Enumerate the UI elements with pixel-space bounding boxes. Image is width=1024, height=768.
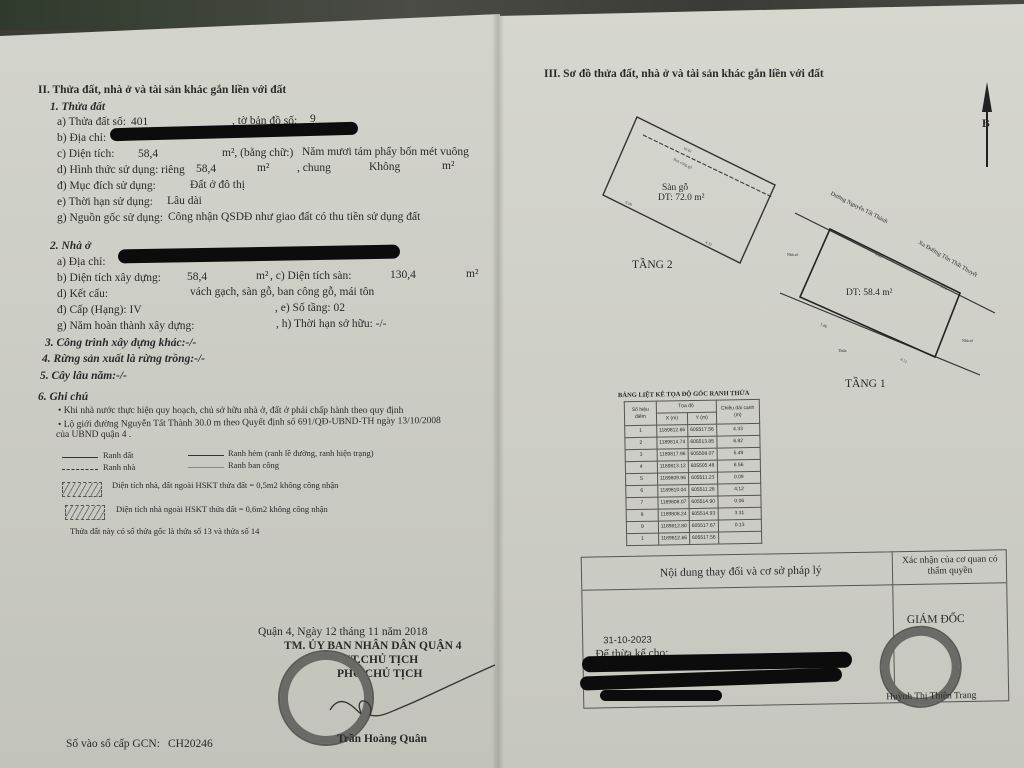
changes-col1-header: Nội dung thay đổi và cơ sở pháp lý	[660, 565, 822, 580]
svg-text:4.12: 4.12	[900, 356, 908, 364]
usage-shared-label: , chung	[297, 162, 331, 174]
build-area-label: b) Diện tích xây dựng:	[57, 272, 161, 284]
coord-x: 1189812.66	[658, 533, 689, 546]
notes-heading: 6. Ghi chú	[38, 391, 88, 403]
house-heading: 2. Nhà ở	[50, 240, 91, 252]
floor-2-room: Sàn gỗ	[662, 183, 688, 193]
coord-x: 1189808.24	[658, 509, 689, 522]
house-boundary-line	[62, 469, 98, 470]
coord-x: 1189812.66	[656, 425, 687, 438]
coord-x: 1189812.80	[658, 521, 689, 534]
coord-y: 605517.56	[688, 424, 717, 436]
svg-text:8.65: 8.65	[875, 251, 883, 259]
coord-x: 1189813.12	[657, 461, 688, 474]
land-area-unit: m², (bằng chữ:)	[222, 147, 293, 159]
coord-y: 605505.48	[688, 460, 717, 472]
table-divider	[582, 582, 1006, 590]
svg-text:Ban công gỗ: Ban công gỗ	[673, 156, 693, 169]
usage-form-label: d) Hình thức sử dụng: riêng	[57, 164, 185, 176]
floor-area-label: , c) Diện tích sàn:	[270, 270, 351, 282]
section-ii-title: II. Thửa đất, nhà ở và tài sản khác gắn …	[38, 84, 286, 96]
registry-value: CH20246	[168, 738, 213, 750]
point-id: 5	[626, 473, 658, 486]
coord-header-point: Số hiệu điểm	[624, 401, 656, 426]
purpose-label: đ) Mục đích sử dụng:	[57, 180, 156, 192]
edge-length: 5.49	[717, 447, 761, 460]
origin-label: g) Nguồn gốc sử dụng:	[57, 212, 163, 224]
usage-private-unit: m²	[257, 162, 269, 174]
changes-col2-header: Xác nhận của cơ quan có thẩm quyền	[898, 554, 1002, 578]
change-date: 31-10-2023	[603, 635, 652, 647]
coord-x: 1189817.96	[657, 449, 688, 462]
point-id: 1	[627, 533, 659, 546]
structure-label: d) Kết cấu:	[57, 288, 108, 300]
other-construction: 3. Công trình xây dựng khác:-/-	[45, 337, 196, 349]
coord-x: 1189808.07	[658, 497, 689, 510]
redacted-heir-id	[600, 690, 722, 701]
coord-header-group: Tọa độ	[656, 400, 716, 413]
floor-1-plan: 8.65 8.16 5.86 4.12	[780, 205, 1010, 375]
neighbor-right: Nhà số	[962, 338, 973, 343]
point-id: 2	[625, 437, 657, 450]
parcel-number-value: 401	[131, 116, 148, 128]
grade-label: đ) Cấp (Hạng): IV	[57, 304, 142, 316]
perennial-trees: 5. Cây lâu năm:-/-	[40, 370, 127, 382]
term-label: e) Thời hạn sử dụng:	[57, 196, 153, 208]
edge-length	[718, 531, 762, 544]
registry-label: Số vào sổ cấp GCN:	[66, 738, 160, 750]
signature-scribble-icon	[330, 660, 500, 730]
house-address-label: a) Địa chỉ:	[57, 256, 106, 268]
hatch-pattern-icon	[65, 505, 105, 520]
coord-y: 605508.07	[688, 448, 717, 460]
balcony-boundary-line	[188, 467, 224, 468]
point-id: 4	[625, 461, 657, 474]
coord-header-x: X (m)	[656, 413, 687, 426]
coord-y: 605511.23	[688, 472, 717, 484]
coord-y: 605513.85	[688, 436, 717, 448]
edge-length: 4.33	[716, 423, 760, 436]
coord-y: 605511.28	[689, 484, 718, 496]
land-address-label: b) Địa chỉ:	[57, 132, 106, 144]
coord-x: 1189814.74	[657, 437, 688, 450]
signer-name: Trần Hoàng Quân	[337, 733, 427, 745]
legend-house-boundary: Ranh nhà	[103, 462, 135, 472]
coord-y: 605517.67	[689, 520, 718, 532]
alley-boundary-line	[188, 455, 224, 456]
land-heading: 1. Thửa đất	[50, 101, 105, 113]
coord-header-y: Y (m)	[687, 412, 716, 424]
legend-hatch-1: Diện tích nhà, đất ngoài HSKT thửa đất =…	[112, 480, 338, 490]
coord-x: 1189810.04	[658, 485, 689, 498]
point-id: 6	[626, 485, 658, 498]
coord-header-length: Chiều dài cạnh (m)	[716, 399, 760, 424]
usage-private-value: 58,4	[196, 163, 216, 175]
point-id: 9	[626, 521, 658, 534]
floor-2-area: DT: 72.0 m²	[658, 193, 704, 203]
legend-hatch-2: Diện tích nhà ngoài HSKT thửa đất = 0,6m…	[116, 504, 328, 514]
usage-shared-value: Không	[369, 161, 400, 173]
floor-2-label: TẦNG 2	[632, 259, 673, 271]
coord-y: 605514.93	[689, 508, 718, 520]
edge-length: 3.31	[718, 507, 762, 520]
land-area-label: c) Diện tích:	[57, 148, 114, 160]
storeys-label: , e) Số tầng: 02	[275, 302, 345, 314]
parcel-origin-note: Thửa đất này có số thửa gốc là thửa số 1…	[70, 526, 259, 536]
section-iii-title: III. Sơ đồ thửa đất, nhà ở và tài sản kh…	[544, 68, 824, 80]
floor-area-value: 130,4	[390, 269, 416, 281]
neighbor-bottom: Thửa	[838, 348, 846, 353]
completion-year-label: g) Năm hoàn thành xây dựng:	[57, 320, 195, 332]
legend-land-boundary: Ranh đất	[103, 450, 133, 460]
term-value: Lâu dài	[167, 195, 202, 207]
edge-length: 4.12	[717, 483, 761, 496]
edge-length: 6.56	[717, 459, 761, 472]
approver-name: Huỳnh Thị Thiên Trang	[886, 691, 976, 703]
coord-x: 1189809.96	[657, 473, 688, 486]
edge-length: 6.82	[716, 435, 760, 448]
build-area-unit: m²	[256, 270, 268, 282]
table-row: 11189812.66605517.56	[627, 531, 762, 545]
structure-value: vách gạch, sàn gỗ, ban công gỗ, mái tôn	[190, 286, 374, 298]
note-line-1: • Khi nhà nước thực hiện quy hoạch, chủ …	[58, 406, 403, 416]
coord-table: Số hiệu điểm Tọa độ Chiều dài cạnh (m) X…	[624, 399, 763, 546]
coord-y: 605517.56	[689, 532, 718, 544]
origin-value: Công nhận QSDĐ như giao đất có thu tiền …	[168, 211, 420, 223]
edge-length: 0.06	[717, 495, 761, 508]
edge-length: 0.13	[718, 519, 762, 532]
floor-area-unit: m²	[466, 268, 478, 280]
sign-date-line: Quận 4, Ngày 12 tháng 11 năm 2018	[258, 626, 428, 638]
coord-y: 605514.90	[689, 496, 718, 508]
land-area-words: Năm mươi tám phẩy bốn mét vuông	[302, 146, 469, 158]
point-id: 3	[625, 449, 657, 462]
floor-1-label: TẦNG 1	[845, 378, 886, 390]
legend-alley-boundary: Ranh hẻm (ranh lề đường, ranh hiện trạng…	[228, 448, 374, 458]
floor-1-area: DT: 58.4 m²	[846, 288, 892, 298]
svg-text:8.16: 8.16	[940, 283, 948, 291]
purpose-value: Đất ở đô thị	[190, 179, 245, 191]
build-area-value: 58,4	[187, 271, 207, 283]
planted-forest: 4. Rừng sản xuất là rừng trồng:-/-	[42, 353, 205, 365]
svg-text:5.86: 5.86	[820, 321, 828, 329]
edge-length: 0.09	[717, 471, 761, 484]
parcel-number-label: a) Thửa đất số:	[57, 116, 126, 128]
approver-title: GIÁM ĐỐC	[907, 613, 965, 626]
hatch-pattern-icon	[62, 482, 102, 497]
note-line-3: của UBND quận 4 .	[56, 430, 131, 440]
land-area-value: 58,4	[138, 148, 158, 160]
point-id: 1	[625, 425, 657, 438]
land-boundary-line	[62, 457, 98, 458]
ownership-term-label: , h) Thời hạn sở hữu: -/-	[276, 318, 387, 330]
legend-balcony-boundary: Ranh ban công	[228, 460, 279, 470]
sign-org: TM. ỦY BAN NHÂN DÂN QUẬN 4	[284, 640, 462, 652]
neighbor-left: Nhà số	[787, 252, 798, 257]
usage-shared-unit: m²	[442, 160, 454, 172]
point-id: 8	[626, 509, 658, 522]
point-id: 7	[626, 497, 658, 510]
north-label: B	[982, 118, 990, 130]
page-fold	[492, 10, 504, 768]
svg-text:10.81: 10.81	[683, 145, 693, 153]
